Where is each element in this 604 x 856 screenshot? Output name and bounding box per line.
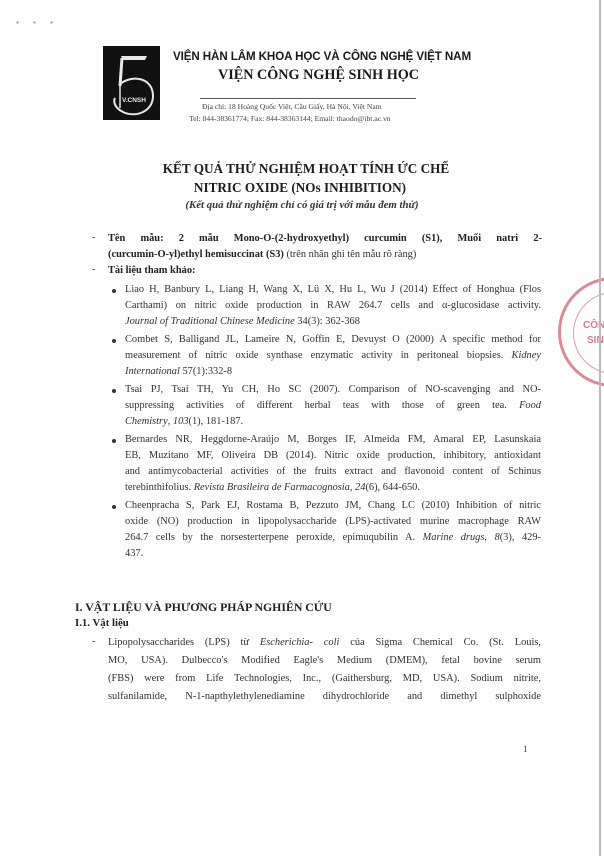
materials-line2: MO, USA). Dulbecco's Modified Eagle's Me… (108, 654, 541, 667)
bullet-icon (112, 505, 116, 509)
dash-marker: - (92, 636, 95, 647)
reference-2-line2: measurement of nitric oxide synthase enz… (125, 349, 541, 362)
dash-marker: - (92, 232, 95, 243)
institution-address: Địa chỉ: 18 Hoàng Quốc Việt, Cầu Giấy, H… (202, 102, 382, 111)
bullet-icon (112, 289, 116, 293)
materials-line1: Lipopolysaccharides (LPS) từ Escherichia… (108, 636, 541, 649)
sample-names: 2 mẫu Mono-O-(2-hydroxyethyl) curcumin (… (179, 233, 542, 244)
bullet-icon (112, 339, 116, 343)
materials-line3: (FBS) were from Life Technologies, Inc.,… (108, 672, 541, 685)
stamp-text-line2: SIN (587, 335, 604, 346)
document-page: ▪ ▪ ▪ V.CNSH VIỆN HÀN LÂM KHOA HỌC VÀ CÔ… (0, 0, 604, 856)
sample-label: Tên mẫu: (108, 233, 164, 244)
reference-5-line2: oxide (NO) production in lipopolysacchar… (125, 515, 541, 528)
document-subtitle: (Kết quả thử nghiệm chỉ có giá trị với m… (0, 199, 604, 211)
reference-2-line3: International 57(1):332-8 (125, 365, 232, 378)
institution-name-line1: VIỆN HÀN LÂM KHOA HỌC VÀ CÔNG NGHỆ VIỆT … (173, 50, 471, 63)
reference-5-line4: 437. (125, 547, 143, 560)
document-title-line1: KẾT QUẢ THỬ NGHIỆM HOẠT TÍNH ỨC CHẾ (4, 161, 604, 177)
bullet-icon (112, 439, 116, 443)
reference-4-line4: terebinthifolius. Revista Brasileira de … (125, 481, 420, 494)
reference-4-line1: Bernardes NR, Heggdorne-Araújo M, Borges… (125, 433, 541, 446)
bullet-icon (112, 389, 116, 393)
institute-logo: V.CNSH (103, 46, 160, 120)
reference-5-line1: Cheenpracha S, Park EJ, Rostama B, Pezzu… (125, 499, 541, 512)
reference-3-line3: Chemistry, 103(1), 181-187. (125, 415, 243, 428)
materials-line4: sulfanilamide, N-1-napthylethylenediamin… (108, 690, 541, 703)
institution-name-line2: VIỆN CÔNG NGHỆ SINH HỌC (218, 67, 419, 84)
references-label: Tài liệu tham khảo: (108, 264, 195, 277)
reference-1-line1: Liao H, Banbury L, Liang H, Wang X, Lü X… (125, 283, 541, 296)
sample-line2: (curcumin-O-yl)ethyl hemisuccinat (S3) (… (108, 248, 416, 261)
reference-3-line1: Tsai PJ, Tsai TH, Yu CH, Ho SC (2007). C… (125, 383, 541, 396)
document-title-line2: NITRIC OXIDE (NOs INHIBITION) (0, 180, 602, 196)
logo-5-icon: V.CNSH (103, 46, 160, 120)
institution-contact: Tel: 844-38361774; Fax: 844-38363144; Em… (189, 114, 391, 123)
section-heading: I. VẬT LIỆU VÀ PHƯƠNG PHÁP NGHIÊN CỨU (75, 600, 332, 615)
dash-marker: - (92, 264, 95, 275)
page-number: 1 (523, 744, 528, 754)
scan-marks: ▪ ▪ ▪ (16, 18, 59, 27)
header-divider (200, 98, 416, 99)
reference-1-line2: Carthami) on nitric oxide production in … (125, 299, 541, 312)
reference-2-line1: Combet S, Balligand JL, Lameire N, Goffi… (125, 333, 541, 346)
official-stamp: CÔNG SIN (558, 277, 604, 387)
reference-1-line3: Journal of Traditional Chinese Medicine … (125, 315, 360, 328)
reference-4-line2: EB, Muzitano MF, Oliveira DB (2014). Nit… (125, 449, 541, 462)
reference-5-line3: 264.7 cells by the norsesterterpene pero… (125, 531, 541, 544)
svg-text:V.CNSH: V.CNSH (122, 97, 146, 104)
sample-line1: Tên mẫu: 2 mẫu Mono-O-(2-hydroxyethyl) c… (108, 232, 542, 245)
subsection-heading: I.1. Vật liệu (75, 617, 129, 629)
page-edge (599, 0, 601, 856)
reference-4-line3: and antimycobacterial activities of the … (125, 465, 541, 478)
reference-3-line2: suppressing activities of different herb… (125, 399, 541, 412)
